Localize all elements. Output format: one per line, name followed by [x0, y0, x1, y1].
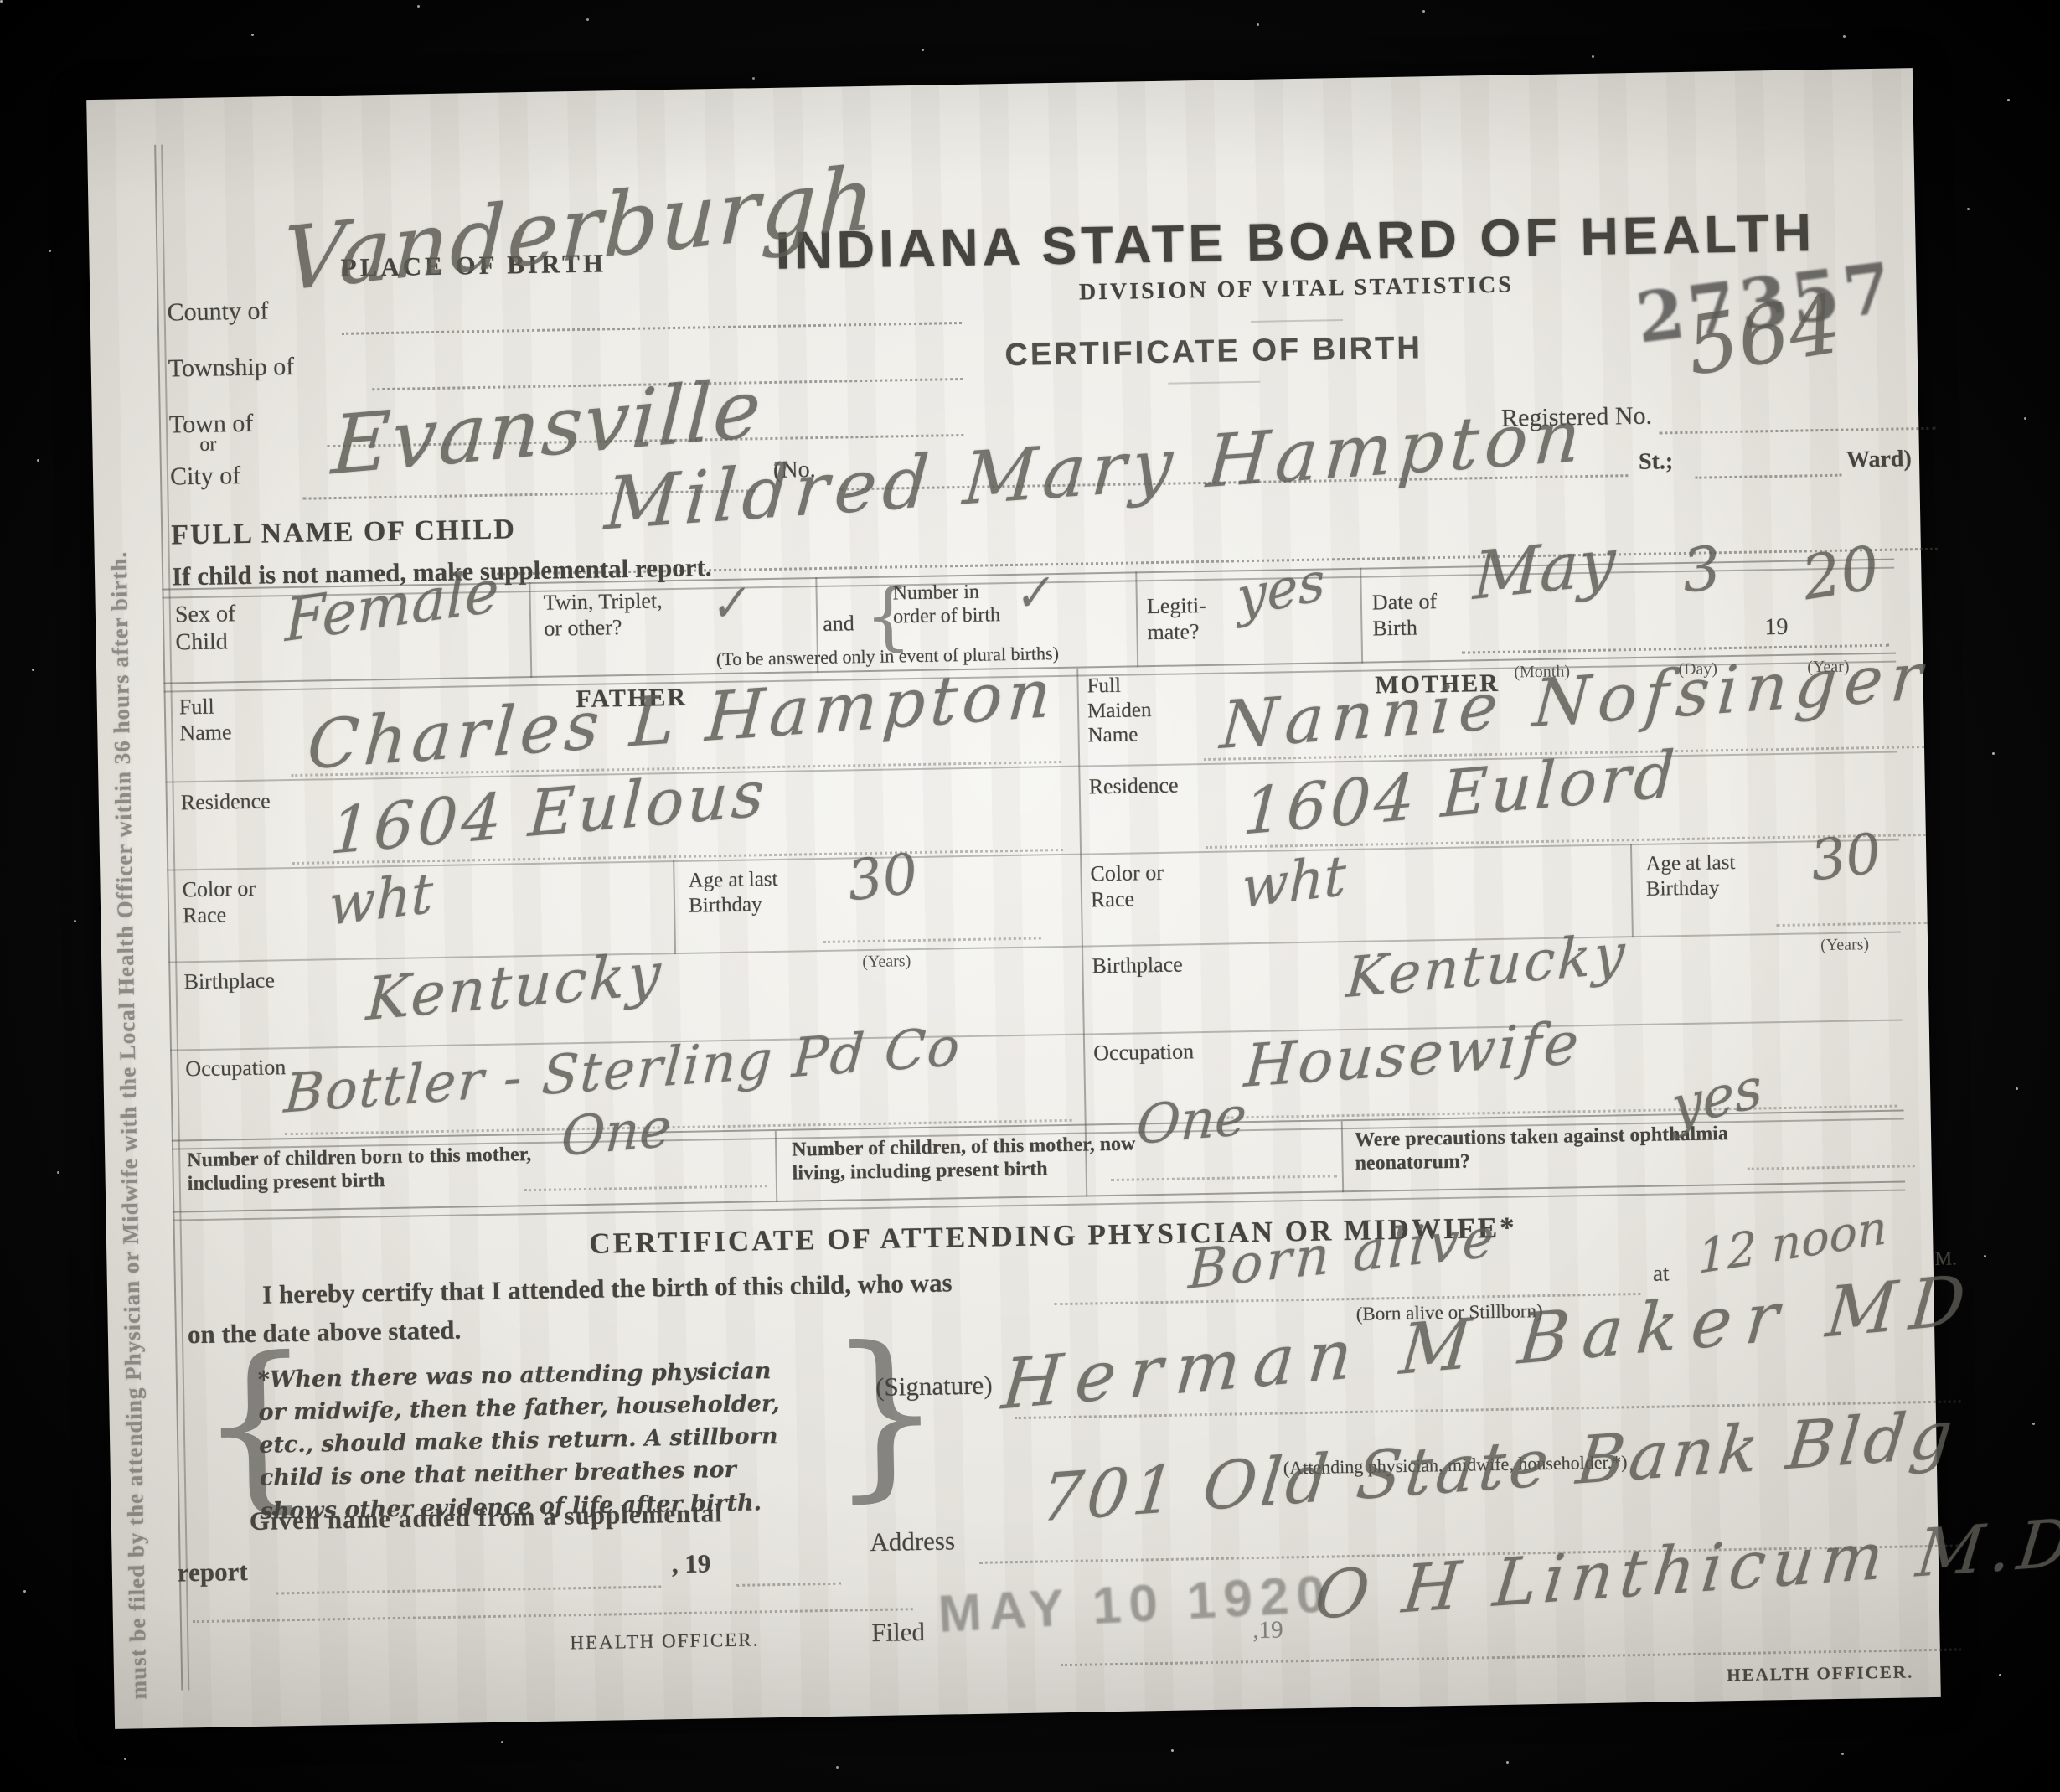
- ward-line: [1695, 473, 1841, 479]
- father-color-label: Color or Race: [182, 875, 275, 928]
- precautions-value: yes: [1670, 1060, 1764, 1136]
- mother-age-value: 30: [1808, 826, 1884, 890]
- birth-day-value: 3: [1680, 538, 1723, 602]
- health-officer-right-label: HEALTH OFFICER.: [1727, 1661, 1913, 1686]
- mother-occupation-label: Occupation: [1093, 1039, 1194, 1066]
- father-years-caption: (Years): [862, 952, 911, 972]
- mother-color-label: Color or Race: [1090, 860, 1183, 912]
- children-divider-1: [775, 1131, 777, 1202]
- mother-residence-label: Residence: [1088, 773, 1178, 801]
- year-prefix: 19: [1764, 613, 1789, 642]
- father-name-label: Full Name: [179, 694, 256, 746]
- health-officer-left-label: HEALTH OFFICER.: [570, 1628, 759, 1654]
- father-birthplace-label: Birthplace: [183, 968, 275, 995]
- township-label: Township of: [168, 352, 295, 384]
- signature-label: (Signature): [875, 1371, 993, 1403]
- mother-color-value: wht: [1242, 848, 1347, 917]
- address-value: 701 Old State Bank Bldg: [1038, 1402, 1959, 1531]
- twin-label: Twin, Triplet, or other?: [543, 588, 669, 642]
- and-label: and: [823, 611, 854, 637]
- report-label: report: [178, 1557, 248, 1588]
- sex-cell-divider: [529, 582, 532, 678]
- city-label: City of: [170, 461, 241, 492]
- film-speckles: [0, 0, 3, 3]
- mother-birthplace-value: Kentucky: [1345, 926, 1629, 1006]
- mother-birthplace-label: Birthplace: [1092, 952, 1183, 979]
- father-age-divider: [673, 860, 676, 954]
- legit-cell-divider: [1360, 568, 1363, 664]
- at-label: at: [1653, 1260, 1670, 1287]
- registered-no-line: [1659, 426, 1935, 435]
- father-occupation-label: Occupation: [185, 1055, 286, 1082]
- father-color-value: wht: [328, 865, 434, 934]
- children-born-label: Number of children born to this mother, …: [187, 1142, 573, 1196]
- children-divider-2: [1341, 1121, 1344, 1192]
- or-label: or: [199, 433, 216, 457]
- order-label: Number in order of birth: [892, 580, 1010, 629]
- certificate-paper: must be filed by the attending Physician…: [86, 68, 1941, 1729]
- filed-signature-value: O H Linthicum M.D.: [1312, 1508, 2060, 1629]
- order-checkmark: ✓: [1009, 568, 1056, 621]
- report-year-prefix: , 19: [671, 1548, 710, 1579]
- children-born-value: One: [560, 1101, 672, 1165]
- father-age-line: [823, 936, 1041, 943]
- father-residence-label: Residence: [181, 788, 271, 816]
- street-label: St.;: [1639, 447, 1674, 476]
- filed-year-prefix: ,19: [1252, 1616, 1283, 1645]
- mother-name-label: Full Maiden Name: [1087, 673, 1180, 748]
- mother-age-label: Age at last Birthday: [1645, 850, 1780, 901]
- precautions-line: [1748, 1164, 1915, 1170]
- county-line: [342, 321, 962, 335]
- child-name-label: FULL NAME OF CHILD: [171, 513, 516, 552]
- address-label: Address: [870, 1526, 955, 1557]
- ward-label: Ward): [1846, 445, 1912, 473]
- order-cell-divider: [1135, 571, 1138, 667]
- report-year-line: [736, 1582, 841, 1587]
- header-divider: [1251, 319, 1343, 323]
- certificate-title: CERTIFICATE OF BIRTH: [677, 324, 1750, 380]
- scanned-birth-certificate: must be filed by the attending Physician…: [0, 0, 2060, 1792]
- physician-signature-value: Herman M Baker MD: [999, 1266, 1981, 1421]
- father-mother-divider: [1076, 669, 1087, 1197]
- certificate-divider: [1168, 381, 1260, 385]
- report-line: [276, 1584, 661, 1594]
- footnote-brace-right: }: [827, 1340, 944, 1486]
- date-of-birth-label: Date of Birth: [1372, 588, 1474, 641]
- twin-checkmark: ✓: [705, 579, 751, 632]
- health-officer-left-line: [193, 1607, 913, 1623]
- mother-years-caption: (Years): [1820, 935, 1869, 955]
- county-label: County of: [167, 296, 268, 327]
- sex-label: Sex of Child: [175, 599, 276, 656]
- birth-year-value: 20: [1798, 537, 1883, 608]
- registered-no-value: 564: [1681, 284, 1846, 387]
- legitimate-label: Legiti-mate?: [1147, 592, 1242, 645]
- margin-filing-instruction: must be filed by the attending Physician…: [100, 208, 152, 1699]
- father-age-label: Age at last Birthday: [688, 866, 823, 918]
- mother-age-line: [1777, 921, 1928, 927]
- filed-label: Filed: [871, 1617, 925, 1649]
- children-living-value: One: [1135, 1089, 1247, 1153]
- father-age-value: 30: [844, 846, 921, 910]
- mother-age-divider: [1630, 844, 1634, 937]
- certify-text: I hereby certify that I attended the bir…: [262, 1268, 953, 1310]
- birth-month-value: May: [1472, 529, 1616, 611]
- legitimate-value: yes: [1236, 555, 1326, 626]
- mother-occupation-value: Housewife: [1242, 1013, 1582, 1096]
